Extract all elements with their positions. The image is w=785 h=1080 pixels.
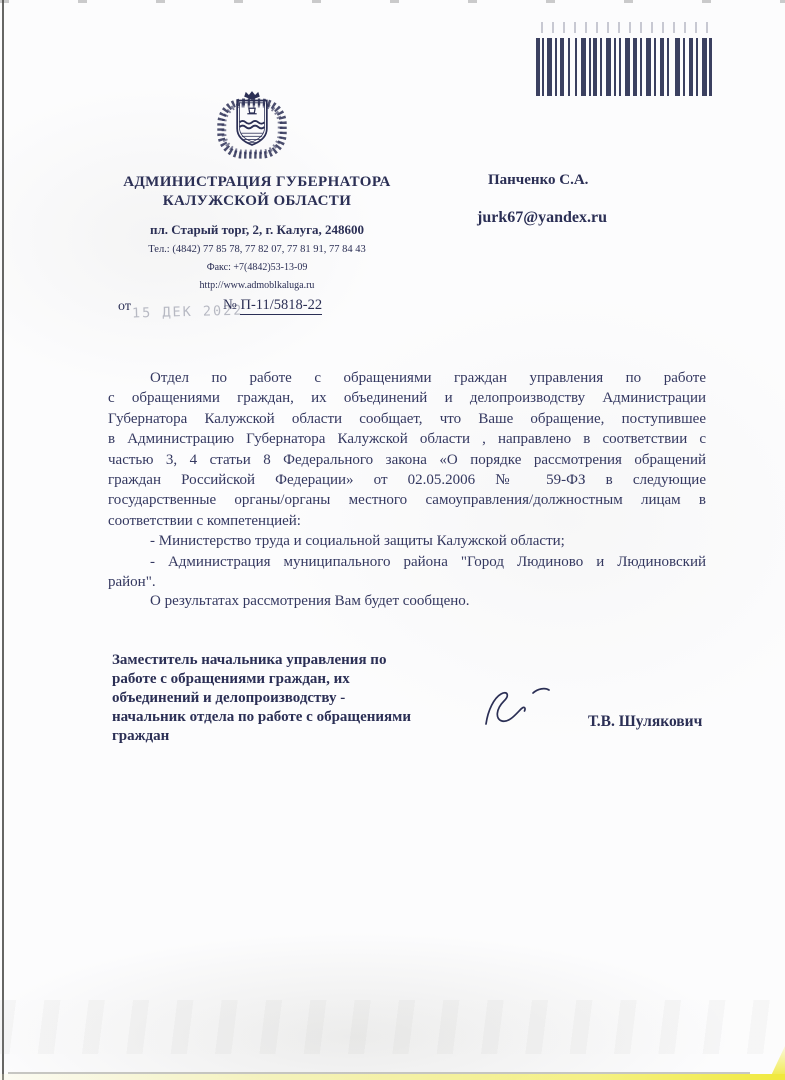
- scan-yellow-strip-artifact: [0, 1074, 785, 1080]
- document-number-value: П-11/5818-22: [240, 297, 322, 315]
- scan-noise-band: [0, 1000, 785, 1054]
- number-sign: №: [223, 297, 237, 313]
- org-fax: Факс: +7(4842)53-13-09: [107, 262, 407, 273]
- org-name-line2: КАЛУЖСКОЙ ОБЛАСТИ: [107, 193, 407, 210]
- barcode-partial-top-artifact: [541, 22, 709, 33]
- body-line: с обращениями граждан, их объединений и …: [108, 388, 706, 408]
- handwritten-signature: [478, 678, 562, 734]
- body-line: - Министерство труда и социальной защиты…: [108, 531, 706, 551]
- org-phone: Тел.: (4842) 77 85 78, 77 82 07, 77 81 9…: [107, 244, 407, 255]
- body-line: в Администрацию Губернатора Калужской об…: [108, 429, 706, 449]
- body-line: - Администрация муниципального района "Г…: [108, 552, 706, 572]
- scanned-letter-page: АДМИНИСТРАЦИЯ ГУБЕРНАТОРА КАЛУЖСКОЙ ОБЛА…: [0, 0, 785, 1080]
- document-number: № П-11/5818-22: [223, 297, 322, 314]
- org-name-line1: АДМИНИСТРАЦИЯ ГУБЕРНАТОРА: [107, 174, 407, 191]
- body-line: государственные органы/органы местного с…: [108, 490, 706, 510]
- scan-left-edge-artifact: [2, 0, 4, 1080]
- signer-position-line: работе с обращениями граждан, их: [112, 670, 460, 689]
- closing-sentence: О результатах рассмотрения Вам будет соо…: [108, 593, 706, 610]
- body-line: Отдел по работе с обращениями граждан уп…: [108, 368, 706, 388]
- signer-position-block: Заместитель начальника управления порабо…: [112, 651, 460, 746]
- scan-top-edge-artifact: [0, 0, 785, 3]
- signer-position-line: Заместитель начальника управления по: [112, 651, 460, 670]
- signer-name: Т.В. Шулякович: [588, 713, 702, 731]
- document-barcode: [536, 38, 712, 96]
- org-address: пл. Старый торг, 2, г. Калуга, 248600: [107, 222, 407, 238]
- body-line: район".: [108, 572, 706, 592]
- recipient-name: Панченко С.А.: [488, 172, 588, 189]
- letter-body: Отдел по работе с обращениями граждан уп…: [108, 368, 706, 592]
- from-date-label: от: [118, 299, 131, 315]
- body-line: соответствии с компетенцией:: [108, 511, 706, 531]
- kaluga-oblast-coat-of-arms: [213, 88, 291, 166]
- signature-stroke: [478, 678, 562, 734]
- signer-position-line: объединений и делопроизводству -: [112, 689, 460, 708]
- signer-position-line: начальник отдела по работе с обращениями: [112, 708, 460, 727]
- signer-position-line: граждан: [112, 727, 460, 746]
- coat-of-arms-image: [213, 88, 291, 166]
- body-line: граждан Российской Федерации» от 02.05.2…: [108, 470, 706, 490]
- recipient-email: jurk67@yandex.ru: [477, 209, 607, 227]
- body-line: Губернатора Калужской области сообщает, …: [108, 409, 706, 429]
- org-website: http://www.admoblkaluga.ru: [107, 280, 407, 291]
- body-line: частью 3, 4 статьи 8 Федерального закона…: [108, 450, 706, 470]
- barcode-image: [536, 38, 712, 96]
